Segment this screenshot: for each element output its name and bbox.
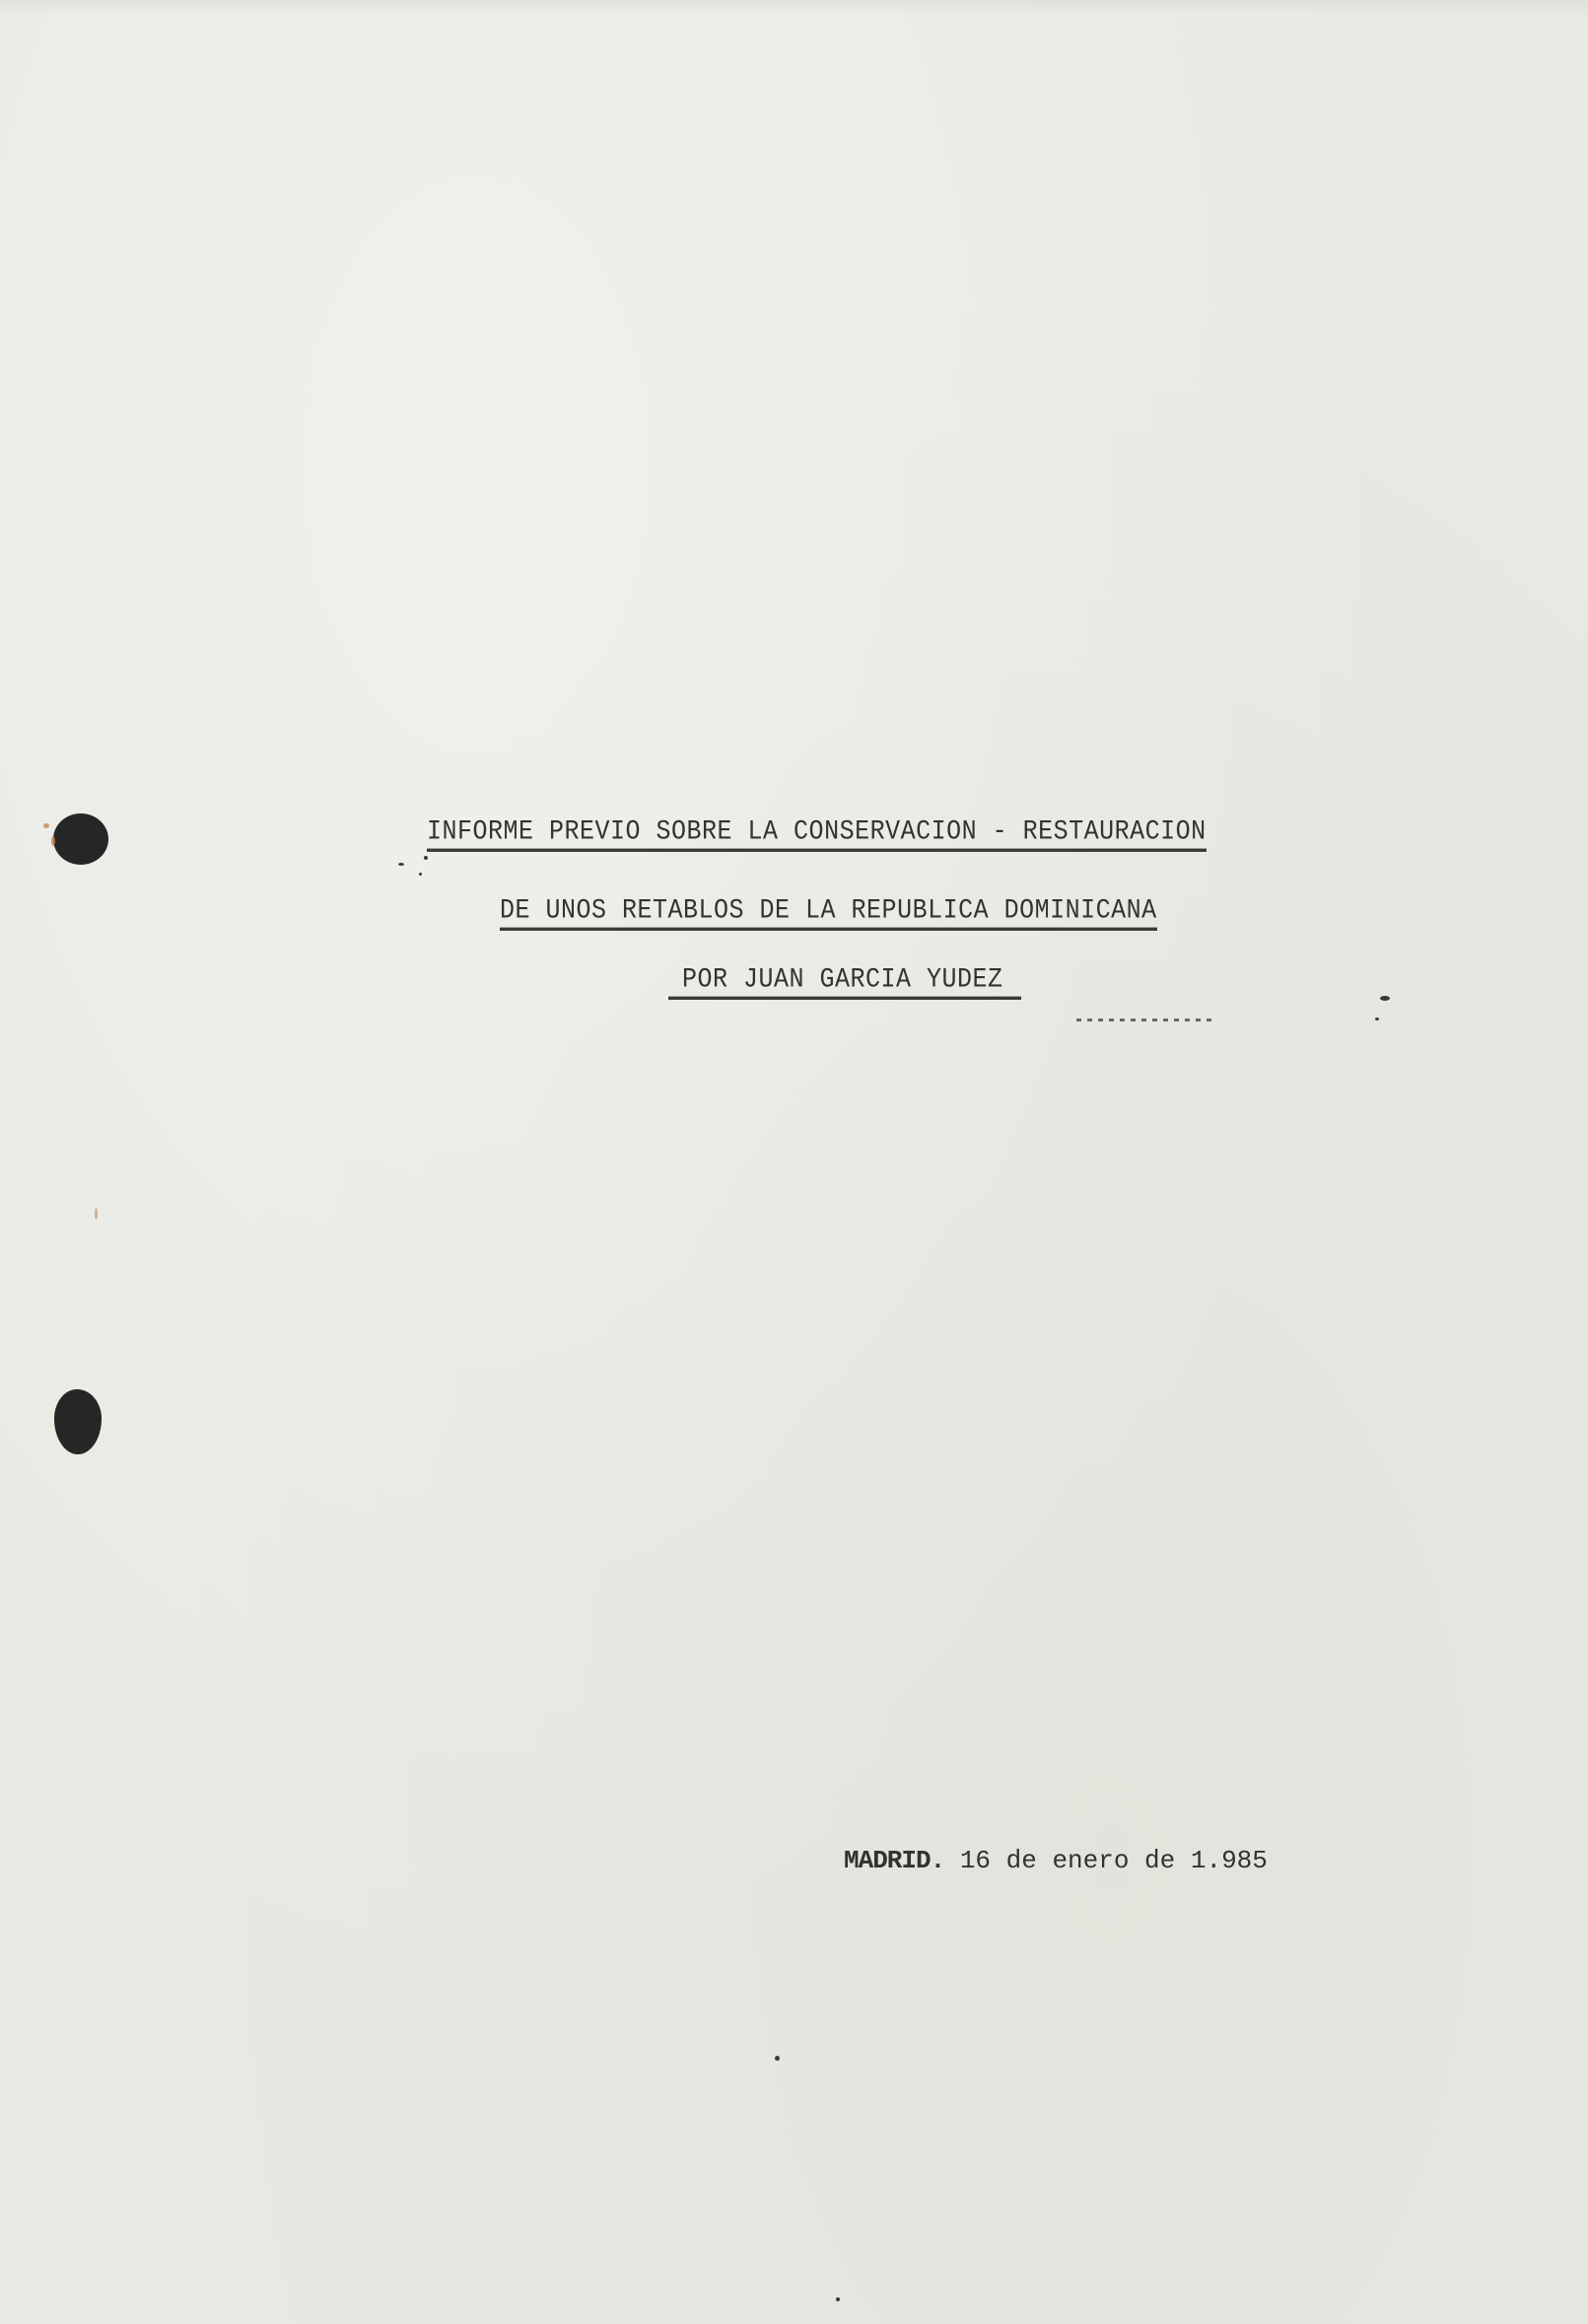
date-line: MADRID. 16 de enero de 1.985 xyxy=(844,1846,1268,1875)
ink-speck xyxy=(424,856,428,860)
document-page: INFORME PREVIO SOBRE LA CONSERVACION - R… xyxy=(0,0,1588,2324)
ink-speck xyxy=(419,873,422,876)
author-line: POR JUAN GARCIA YUDEZ xyxy=(668,964,1021,999)
title-line-2: DE UNOS RETABLOS DE LA REPUBLICA DOMINIC… xyxy=(500,895,1157,930)
ink-speck xyxy=(836,2297,840,2301)
title-line-1: INFORME PREVIO SOBRE LA CONSERVACION - R… xyxy=(427,816,1207,851)
ink-speck xyxy=(1380,996,1390,1001)
punch-hole-bottom xyxy=(54,1389,102,1454)
ink-speck xyxy=(398,863,404,866)
rust-stain xyxy=(43,823,49,828)
date-text: 16 de enero de 1.985 xyxy=(960,1846,1268,1875)
date-city: MADRID. xyxy=(844,1846,944,1875)
ink-speck xyxy=(775,2056,780,2061)
rust-stain xyxy=(51,836,55,846)
ink-smudge xyxy=(1076,1019,1214,1021)
ink-speck xyxy=(1375,1018,1379,1021)
rust-stain xyxy=(95,1208,98,1220)
punch-hole-top xyxy=(53,813,108,865)
paper-top-edge xyxy=(0,0,1588,14)
